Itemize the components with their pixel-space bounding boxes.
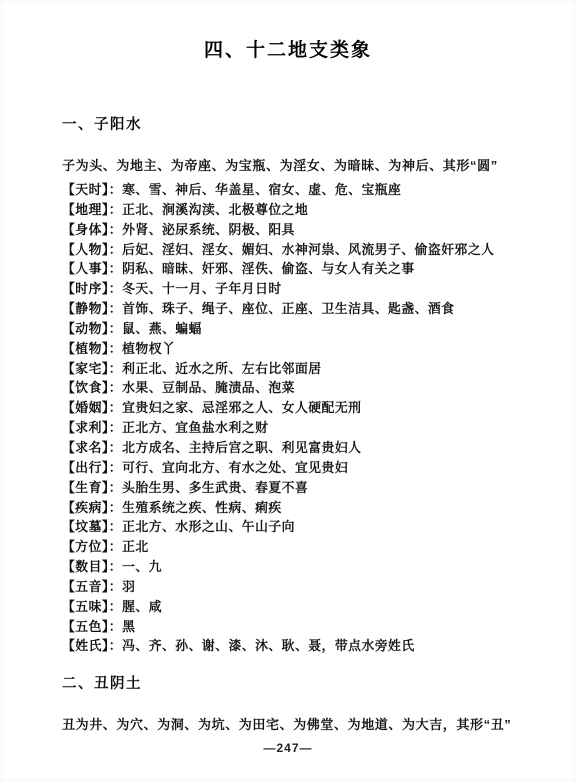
bracket-open: 【 [62, 261, 75, 276]
entry-value: 冬天、十一月、子年月日时 [122, 281, 282, 296]
bracket-open: 【 [62, 638, 75, 653]
entry-row-shixu: 【时序】：冬天、十一月、子年月日时 [62, 279, 540, 299]
section-intro-zi: 子为头、为地主、为帝座、为宝瓶、为淫女、为暗昧、为神后、其形“圆” [62, 157, 538, 174]
entry-row-wuse: 【五色】：黑 [62, 617, 540, 637]
entry-label: 饮食 [75, 380, 102, 395]
bracket-close: 】： [102, 281, 122, 296]
bracket-close: 】： [102, 301, 122, 316]
entry-row-fenmu: 【坟墓】：正北方、水形之山、午山子向 [62, 517, 540, 537]
bracket-close: 】： [102, 321, 122, 336]
entry-value: 腥、咸 [122, 599, 162, 614]
entry-value: 阴私、暗昧、奸邪、淫佚、偷盗、与女人有关之事 [122, 261, 415, 276]
bracket-open: 【 [62, 341, 75, 356]
bracket-open: 【 [62, 202, 75, 217]
entry-label: 五音 [75, 579, 102, 594]
entry-value: 正北、涧溪沟渎、北极尊位之地 [122, 202, 308, 217]
bracket-close: 】： [102, 599, 122, 614]
bracket-close: 】： [102, 222, 122, 237]
entry-row-qiuli: 【求利】：正北方、宜鱼盐水利之财 [62, 418, 540, 438]
entry-value: 利正北、近水之所、左右比邻面居 [122, 361, 321, 376]
entry-value: 正北方、水形之山、午山子向 [122, 519, 295, 534]
entry-value: 黑 [122, 619, 135, 634]
bracket-open: 【 [62, 281, 75, 296]
bracket-close: 】： [102, 341, 122, 356]
entry-label: 五味 [75, 599, 102, 614]
entry-value: 正北 [122, 539, 149, 554]
entry-label: 婚姻 [75, 400, 102, 415]
entry-row-renwu: 【人物】：后妃、淫妇、淫女、媚妇、水神河祟、风流男子、偷盗奸邪之人 [62, 240, 540, 260]
entry-label: 出行 [75, 460, 102, 475]
document-page: 四、十二地支类象 一、子阳水 子为头、为地主、为帝座、为宝瓶、为淫女、为暗昧、为… [0, 0, 576, 781]
bracket-open: 【 [62, 460, 75, 475]
entry-row-dili: 【地理】：正北、涧溪沟渎、北极尊位之地 [62, 200, 540, 220]
entry-label: 地理 [75, 202, 102, 217]
entry-label: 求利 [75, 420, 102, 435]
bracket-close: 】： [102, 559, 122, 574]
bracket-close: 】： [102, 361, 122, 376]
entry-label: 求名 [75, 440, 102, 455]
entry-label: 动物 [75, 321, 102, 336]
bracket-close: 】： [102, 400, 122, 415]
entry-label: 五色 [75, 619, 102, 634]
entry-row-qiuming: 【求名】：北方成名、主持后宫之职、利见富贵妇人 [62, 438, 540, 458]
page-title: 四、十二地支类象 [0, 35, 576, 62]
bracket-open: 【 [62, 242, 75, 257]
entry-label: 姓氏 [75, 638, 102, 653]
bracket-open: 【 [62, 380, 75, 395]
entry-label: 人事 [75, 261, 102, 276]
entry-label: 家宅 [75, 361, 102, 376]
bracket-open: 【 [62, 619, 75, 634]
entry-row-yinshi: 【饮食】：水果、豆制品、腌渍品、泡菜 [62, 378, 540, 398]
bracket-close: 】： [102, 380, 122, 395]
entry-label: 时序 [75, 281, 102, 296]
entry-label: 坟墓 [75, 519, 102, 534]
entry-value: 宜贵妇之家、忌淫邪之人、女人硬配无刑 [122, 400, 361, 415]
entry-label: 天时 [75, 182, 102, 197]
bracket-close: 】： [102, 480, 122, 495]
entry-value: 植物杈丫 [122, 341, 175, 356]
entry-value: 生殖系统之疾、性病、痢疾 [122, 500, 282, 515]
bracket-open: 【 [62, 500, 75, 515]
entry-value: 羽 [122, 579, 135, 594]
section-heading-zi-yang-shui: 一、子阳水 [62, 113, 142, 134]
bracket-close: 】： [102, 202, 122, 217]
bracket-open: 【 [62, 519, 75, 534]
entry-value: 后妃、淫妇、淫女、媚妇、水神河祟、风流男子、偷盗奸邪之人 [122, 242, 494, 257]
entry-row-tianshi: 【天时】：寒、雪、神后、华盖星、宿女、虚、危、宝瓶座 [62, 180, 540, 200]
entry-row-dongwu: 【动物】：鼠、燕、蝙蝠 [62, 319, 540, 339]
entry-value: 寒、雪、神后、华盖星、宿女、虚、危、宝瓶座 [122, 182, 401, 197]
entry-row-jibing: 【疾病】：生殖系统之疾、性病、痢疾 [62, 498, 540, 518]
entry-row-chuxing: 【出行】：可行、宜向北方、有水之处、宜见贵妇 [62, 458, 540, 478]
entry-value: 外肾、泌尿系统、阴极、阳具 [122, 222, 295, 237]
bracket-close: 】： [102, 638, 122, 653]
category-entries-list: 【天时】：寒、雪、神后、华盖星、宿女、虚、危、宝瓶座 【地理】：正北、涧溪沟渎、… [62, 180, 540, 656]
entry-row-jiazhai: 【家宅】：利正北、近水之所、左右比邻面居 [62, 359, 540, 379]
section-intro-chou: 丑为井、为穴、为洞、为坑、为田宅、为佛堂、为地道、为大吉，其形“丑” [62, 716, 538, 733]
bracket-close: 】： [102, 460, 122, 475]
entry-label: 植物 [75, 341, 102, 356]
bracket-open: 【 [62, 222, 75, 237]
bracket-open: 【 [62, 321, 75, 336]
entry-row-jingwu: 【静物】：首饰、珠子、绳子、座位、正座、卫生洁具、匙盏、酒食 [62, 299, 540, 319]
entry-label: 人物 [75, 242, 102, 257]
entry-label: 方位 [75, 539, 102, 554]
entry-row-shumu: 【数目】：一、九 [62, 557, 540, 577]
entry-row-fangwei: 【方位】：正北 [62, 537, 540, 557]
entry-value: 可行、宜向北方、有水之处、宜见贵妇 [122, 460, 348, 475]
bracket-close: 】： [102, 519, 122, 534]
entry-row-shenti: 【身体】：外肾、泌尿系统、阴极、阳具 [62, 220, 540, 240]
bracket-open: 【 [62, 420, 75, 435]
bracket-close: 】： [102, 619, 122, 634]
entry-row-wuwei: 【五味】：腥、咸 [62, 597, 540, 617]
entry-value: 正北方、宜鱼盐水利之财 [122, 420, 268, 435]
entry-value: 北方成名、主持后宫之职、利见富贵妇人 [122, 440, 361, 455]
bracket-open: 【 [62, 440, 75, 455]
entry-label: 疾病 [75, 500, 102, 515]
bracket-open: 【 [62, 182, 75, 197]
bracket-close: 】： [102, 539, 122, 554]
bracket-close: 】： [102, 182, 122, 197]
entry-value: 一、九 [122, 559, 162, 574]
entry-value: 冯、齐、孙、谢、漆、沐、耿、聂，带点水旁姓氏 [122, 638, 415, 653]
bracket-close: 】： [102, 261, 122, 276]
entry-row-renshi: 【人事】：阴私、暗昧、奸邪、淫佚、偷盗、与女人有关之事 [62, 259, 540, 279]
entry-label: 数目 [75, 559, 102, 574]
bracket-open: 【 [62, 400, 75, 415]
entry-row-shengyu: 【生育】：头胎生男、多生武贵、春夏不喜 [62, 478, 540, 498]
entry-label: 生育 [75, 480, 102, 495]
bracket-close: 】： [102, 500, 122, 515]
bracket-open: 【 [62, 539, 75, 554]
entry-value: 头胎生男、多生武贵、春夏不喜 [122, 480, 308, 495]
entry-row-xingshi: 【姓氏】：冯、齐、孙、谢、漆、沐、耿、聂，带点水旁姓氏 [62, 636, 540, 656]
bracket-close: 】： [102, 420, 122, 435]
page-number: —247— [0, 741, 576, 755]
bracket-open: 【 [62, 559, 75, 574]
entry-label: 静物 [75, 301, 102, 316]
section-heading-chou-yin-tu: 二、丑阴土 [62, 672, 142, 693]
entry-value: 首饰、珠子、绳子、座位、正座、卫生洁具、匙盏、酒食 [122, 301, 454, 316]
bracket-open: 【 [62, 579, 75, 594]
bracket-close: 】： [102, 242, 122, 257]
bracket-open: 【 [62, 599, 75, 614]
bracket-open: 【 [62, 301, 75, 316]
entry-label: 身体 [75, 222, 102, 237]
entry-value: 水果、豆制品、腌渍品、泡菜 [122, 380, 295, 395]
bracket-close: 】： [102, 579, 122, 594]
entry-row-hunyin: 【婚姻】：宜贵妇之家、忌淫邪之人、女人硬配无刑 [62, 398, 540, 418]
entry-value: 鼠、燕、蝙蝠 [122, 321, 202, 336]
bracket-open: 【 [62, 480, 75, 495]
entry-row-wuyin: 【五音】：羽 [62, 577, 540, 597]
entry-row-zhiwu: 【植物】：植物杈丫 [62, 339, 540, 359]
bracket-close: 】： [102, 440, 122, 455]
bracket-open: 【 [62, 361, 75, 376]
